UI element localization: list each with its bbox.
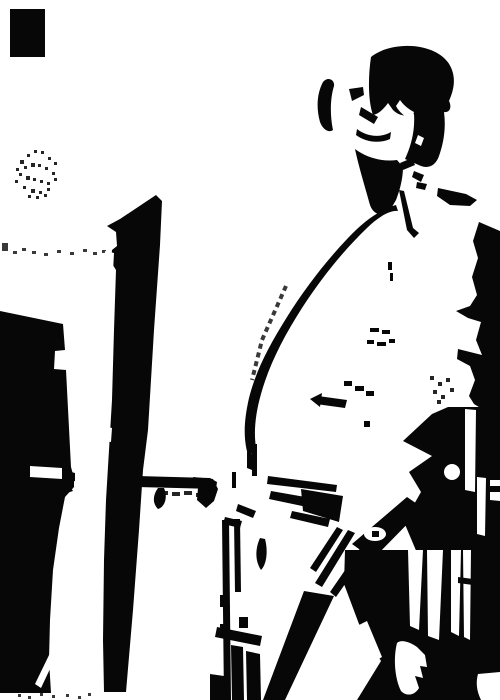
corner-panel — [10, 9, 45, 57]
hem-dot — [372, 531, 379, 537]
posterized-photo — [0, 0, 500, 700]
sleeve-slot-b — [477, 477, 486, 536]
floor-streak-d — [463, 550, 471, 640]
pillar-notch-upper — [104, 251, 114, 272]
pillar-notch-lower — [102, 426, 112, 442]
sleeve-hole — [444, 464, 460, 480]
edge-notch-dash — [487, 486, 500, 492]
photo-canvas — [0, 0, 500, 700]
corner-highlight — [477, 672, 500, 700]
sleeve-slot-a — [465, 409, 476, 492]
door-rail-slot — [30, 466, 62, 479]
